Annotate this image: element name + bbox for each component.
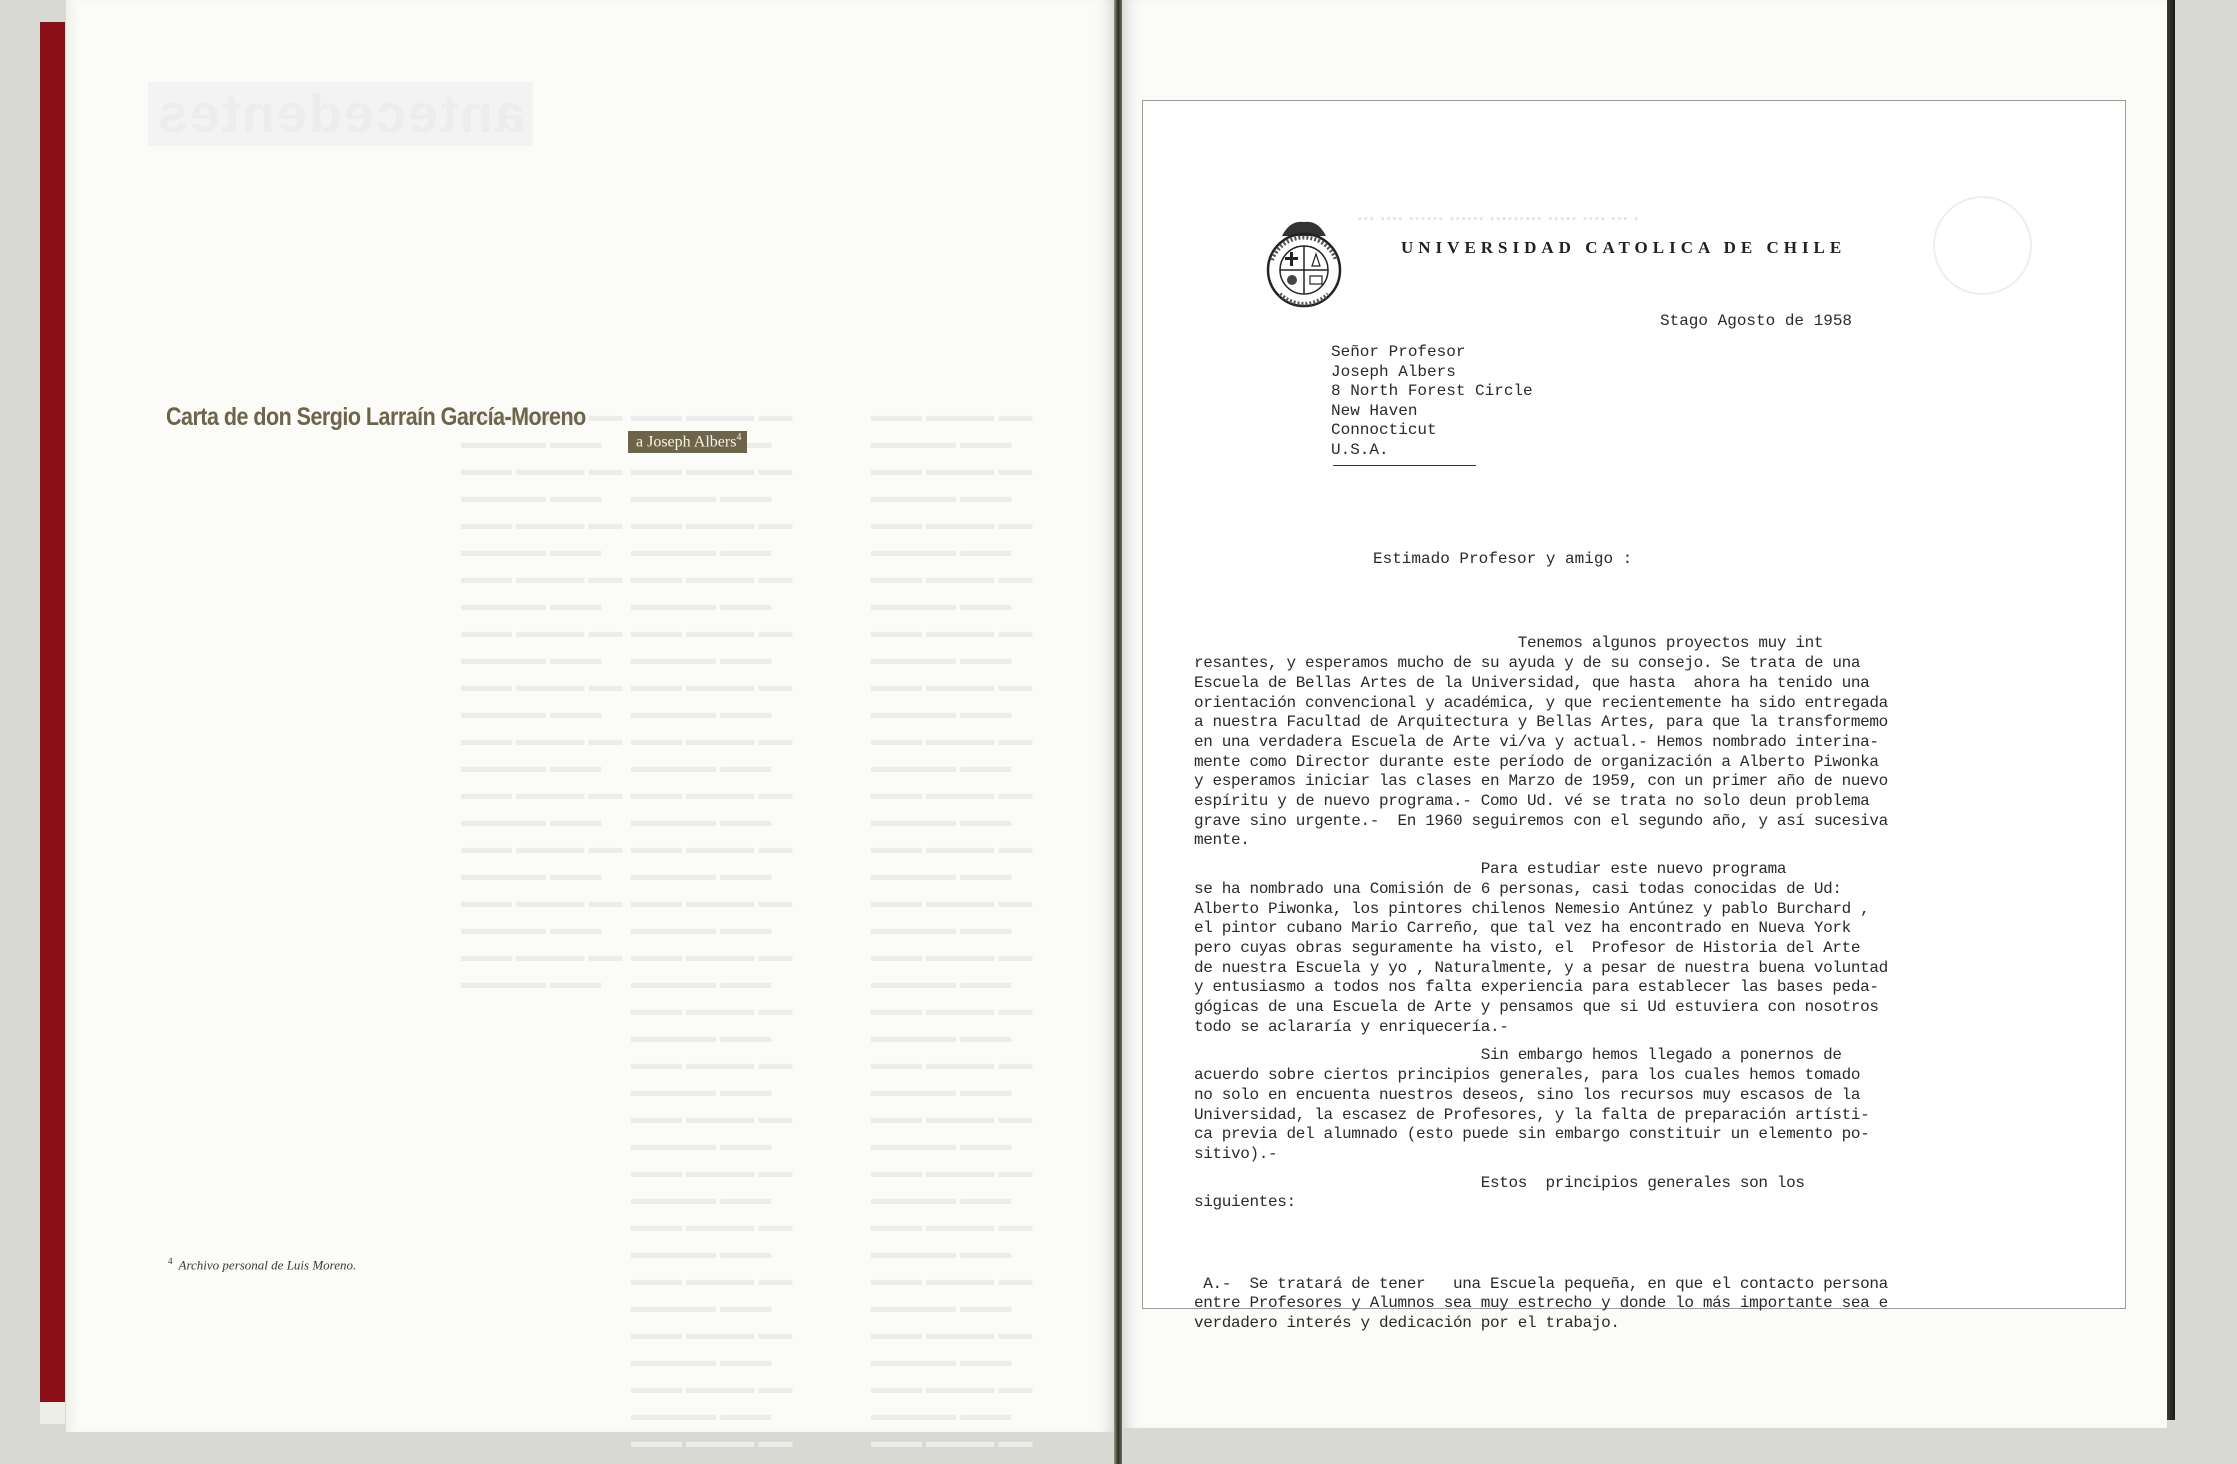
article-subtitle-text: a Joseph Albers — [636, 433, 736, 450]
university-seal-icon — [1260, 214, 1348, 310]
letter-paragraph: Tenemos algunos proyectos muy int resant… — [1194, 634, 2124, 851]
letter-paragraph: Estos principios generales son los sigui… — [1194, 1174, 2124, 1213]
showthrough-section-heading: antecedentes — [148, 82, 533, 146]
letter-paragraph: Para estudiar este nuevo programa se ha … — [1194, 860, 2124, 1037]
left-page: antecedentes ▬▬▬ ▬▬▬▬ ▬▬ ▬▬▬▬▬ ▬▬▬ ▬▬▬ ▬… — [66, 0, 1116, 1432]
article-subtitle: a Joseph Albers4 — [628, 431, 747, 453]
footnote-reference: 4 — [736, 432, 741, 443]
letter-date: Stago Agosto de 1958 — [1660, 312, 1852, 330]
showthrough-column: ▬▬▬ ▬▬▬▬ ▬▬ ▬▬▬▬▬ ▬▬▬ ▬▬▬ ▬▬▬▬ ▬▬ ▬▬▬▬▬ … — [631, 402, 861, 942]
footnote-text: Archivo personal de Luis Moreno. — [179, 1257, 357, 1272]
letter-body: Tenemos algunos proyectos muy int resant… — [1194, 595, 2124, 1373]
letter-salutation: Estimado Profesor y amigo : — [1373, 550, 1632, 568]
book-cover-edge — [40, 1402, 65, 1424]
address-line: Connocticut — [1331, 421, 1533, 441]
footnote-mark: 4 — [168, 1256, 173, 1266]
book-cover-spine — [40, 22, 65, 1402]
letterhead-institution: UNIVERSIDAD CATOLICA DE CHILE — [1401, 238, 1846, 258]
address-line: New Haven — [1331, 402, 1533, 422]
showthrough-seal — [1933, 196, 2032, 295]
address-line: 8 North Forest Circle — [1331, 382, 1533, 402]
page-stack-edge — [66, 0, 78, 1432]
recipient-address: Señor Profesor Joseph Albers 8 North For… — [1331, 343, 1533, 460]
letter-paragraph: Sin embargo hemos llegado a ponernos de … — [1194, 1046, 2124, 1164]
letter-principle-item: A.- Se tratará de tener una Escuela pequ… — [1194, 1275, 2124, 1334]
letter-facsimile: ▪▪▪ ▪▪▪▪ ▪▪▪▪▪▪ ▪▪▪▪▪▪ ▪▪▪▪▪▪▪▪▪ ▪▪▪▪▪ ▪… — [1142, 100, 2126, 1309]
book-gutter — [1114, 0, 1122, 1464]
footnote: 4Archivo personal de Luis Moreno. — [168, 1256, 356, 1273]
showthrough-letterhead: ▪▪▪ ▪▪▪▪ ▪▪▪▪▪▪ ▪▪▪▪▪▪ ▪▪▪▪▪▪▪▪▪ ▪▪▪▪▪ ▪… — [1358, 213, 1640, 225]
address-line: Joseph Albers — [1331, 363, 1533, 383]
showthrough-column: ▬▬▬ ▬▬▬▬ ▬▬ ▬▬▬▬▬ ▬▬▬ ▬▬▬ ▬▬▬▬ ▬▬ ▬▬▬▬▬ … — [871, 402, 1101, 942]
article-heading: Carta de don Sergio Larraín García-Moren… — [166, 403, 654, 432]
address-line: U.S.A. — [1331, 441, 1533, 461]
page-stack-edge-right — [2167, 0, 2175, 1420]
typewritten-letter: ▪▪▪ ▪▪▪▪ ▪▪▪▪▪▪ ▪▪▪▪▪▪ ▪▪▪▪▪▪▪▪▪ ▪▪▪▪▪ ▪… — [1143, 101, 2125, 1308]
book-spread: antecedentes ▬▬▬ ▬▬▬▬ ▬▬ ▬▬▬▬▬ ▬▬▬ ▬▬▬ ▬… — [0, 0, 2237, 1464]
article-title: Carta de don Sergio Larraín García-Moren… — [166, 403, 586, 432]
address-underline — [1333, 465, 1476, 466]
address-line: Señor Profesor — [1331, 343, 1533, 363]
